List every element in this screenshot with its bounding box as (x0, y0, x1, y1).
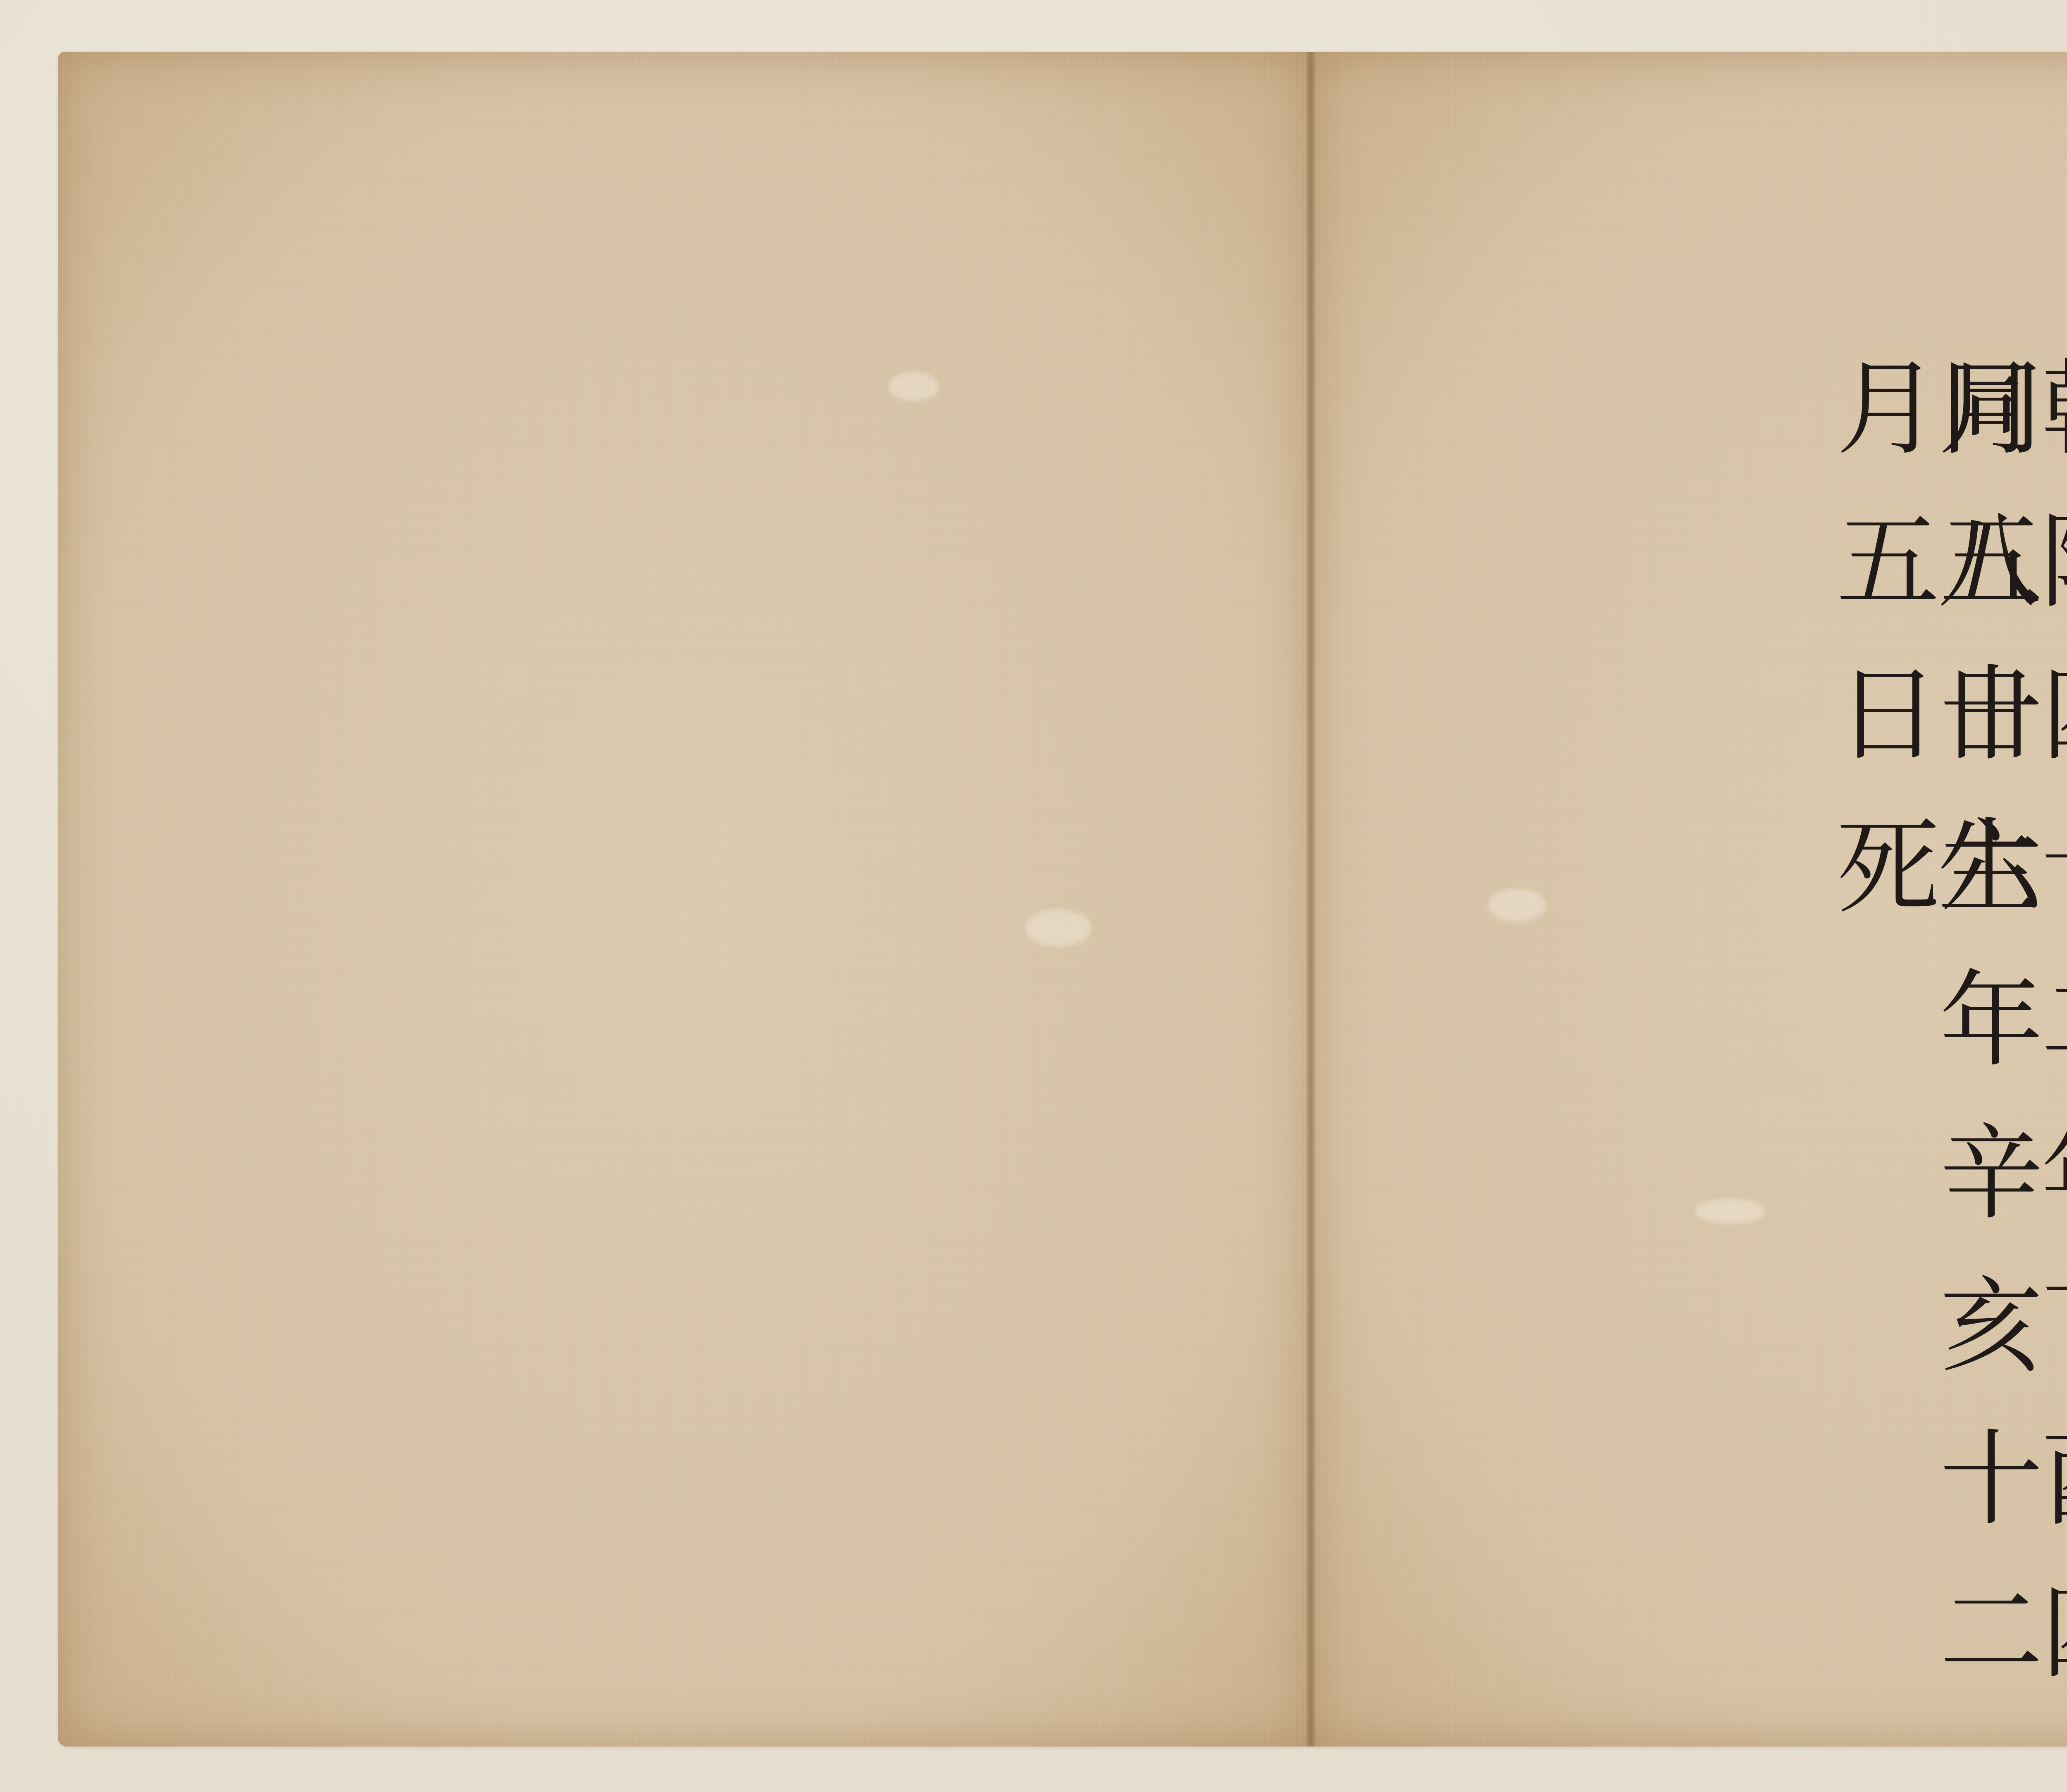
paper-wear-spot (1488, 889, 1546, 922)
record-death-date: 同五十六年辛亥十二月五日死 (1827, 353, 2034, 1792)
left-page (58, 52, 1310, 1747)
paper-wear-spot (1695, 1199, 1765, 1224)
center-fold (1306, 52, 1315, 1747)
paper-wear-spot (889, 372, 938, 401)
paper-wear-spot (1025, 909, 1091, 947)
